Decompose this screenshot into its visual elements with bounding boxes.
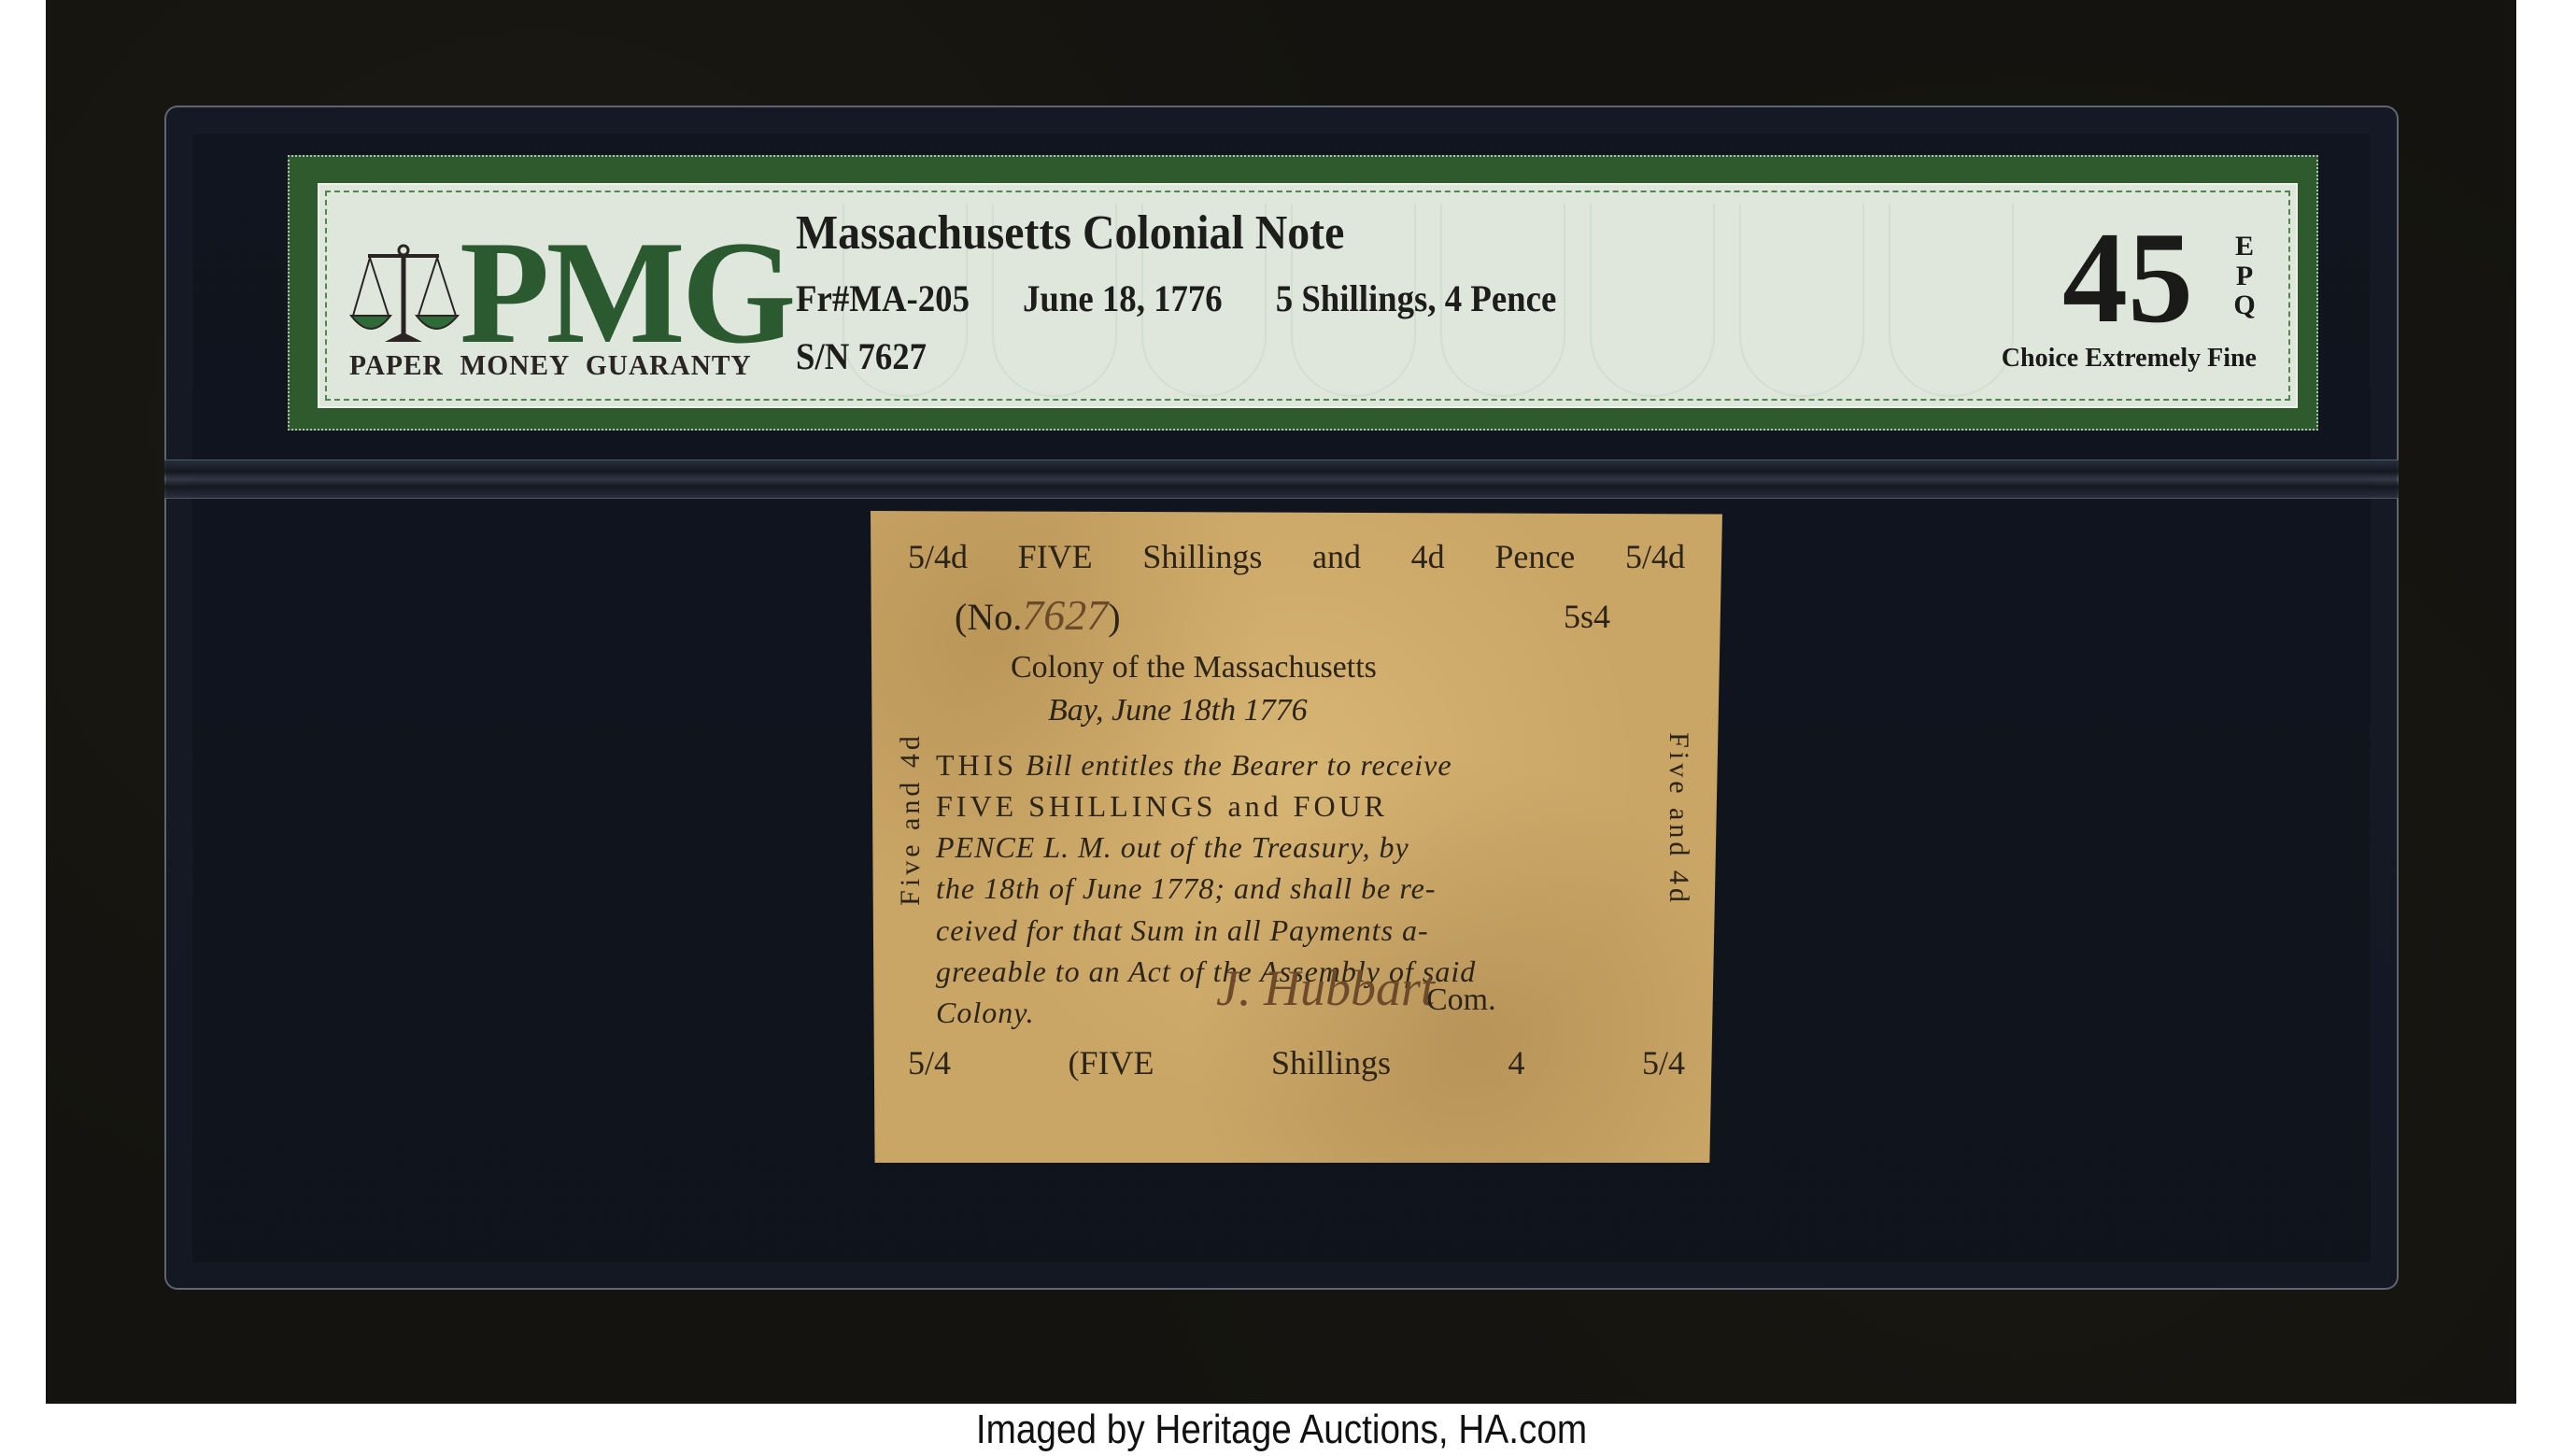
border-text: 4 xyxy=(1508,1043,1524,1082)
watermark-scales-pattern xyxy=(1590,204,1715,397)
note-right-border: Five and 4d xyxy=(1655,576,1702,1062)
watermark-scales-pattern xyxy=(1739,204,1864,397)
colony-heading: Colony of the Massachusetts Bay, June 18… xyxy=(1011,646,1377,732)
border-text: 5/4 xyxy=(908,1043,951,1082)
body-line: Bill entitles the Bearer to receive xyxy=(1026,748,1451,782)
issue-date: June 18, 1776 xyxy=(1023,277,1223,319)
signature-title: Com. xyxy=(1426,982,1496,1018)
image-credit: Imaged by Heritage Auctions, HA.com xyxy=(154,1404,2410,1456)
note-top-border: 5/4d FIVE Shillings and 4d Pence 5/4d xyxy=(908,537,1685,576)
grade-number: 45 xyxy=(2062,213,2193,344)
border-text: Pence xyxy=(1494,537,1575,576)
note-bottom-border: 5/4 (FIVE Shillings 4 5/4 xyxy=(908,1043,1685,1082)
note-left-border: Five and 4d xyxy=(887,576,934,1062)
grade-description: Choice Extremely Fine xyxy=(2002,344,2257,374)
border-text: Five and 4d xyxy=(1663,732,1694,906)
corner-value: 5s4 xyxy=(1564,597,1610,636)
number-prefix: (No. xyxy=(955,596,1022,638)
pmg-logo: PMG PAPER MONEY GUARANTY xyxy=(347,218,814,404)
pmg-label-paper: PMG PAPER MONEY GUARANTY Massachusetts C… xyxy=(318,183,2298,408)
border-text: and xyxy=(1312,537,1361,576)
epq-designation: E P Q xyxy=(2230,232,2259,320)
colony-date-line: Bay, June 18th 1776 xyxy=(1011,689,1377,732)
handwritten-number: 7627 xyxy=(1022,591,1108,639)
pmg-brand-text: PMG xyxy=(460,219,793,367)
border-text: Shillings xyxy=(1271,1043,1391,1082)
colony-line: Colony of the Massachusetts xyxy=(1011,646,1377,689)
scales-of-justice-icon xyxy=(347,241,460,353)
epq-letter: Q xyxy=(2230,290,2259,320)
colonial-banknote: 5/4d FIVE Shillings and 4d Pence 5/4d Fi… xyxy=(871,511,1722,1163)
pmg-brand-fullname: PAPER MONEY GUARANTY xyxy=(349,348,752,382)
border-text: 5/4d xyxy=(908,537,968,576)
body-dropcap: THIS xyxy=(936,748,1017,782)
body-line: ceived for that Sum in all Payments a- xyxy=(936,910,1657,951)
catalog-number: Fr#MA-205 xyxy=(796,277,970,319)
body-line: the 18th of June 1778; and shall be re- xyxy=(936,868,1657,909)
border-text: FIVE xyxy=(1018,537,1093,576)
border-text: 5/4 xyxy=(1642,1043,1685,1082)
body-line: PENCE L. M. out of the Treasury, by xyxy=(936,827,1657,868)
note-number: (No.7627) xyxy=(955,590,1121,640)
holder-seam xyxy=(164,459,2399,499)
border-text: (FIVE xyxy=(1068,1043,1154,1082)
note-details: Fr#MA-205 June 18, 1776 5 Shillings, 4 P… xyxy=(796,276,1601,320)
signature: J. Hubbart xyxy=(1216,959,1435,1017)
border-text: 5/4d xyxy=(1625,537,1685,576)
border-text: Five and 4d xyxy=(895,732,927,906)
pmg-label: PMG PAPER MONEY GUARANTY Massachusetts C… xyxy=(288,155,2318,431)
serial-number: S/N 7627 xyxy=(796,334,927,378)
watermark-scales-pattern xyxy=(1889,204,2014,397)
note-title: Massachusetts Colonial Note xyxy=(796,205,1344,261)
number-suffix: ) xyxy=(1108,596,1120,638)
epq-letter: E xyxy=(2230,232,2259,262)
epq-letter: P xyxy=(2230,262,2259,291)
border-text: Shillings xyxy=(1142,537,1262,576)
denomination: 5 Shillings, 4 Pence xyxy=(1276,277,1557,319)
body-line: FIVE SHILLINGS and FOUR xyxy=(936,785,1657,827)
border-text: 4d xyxy=(1411,537,1445,576)
